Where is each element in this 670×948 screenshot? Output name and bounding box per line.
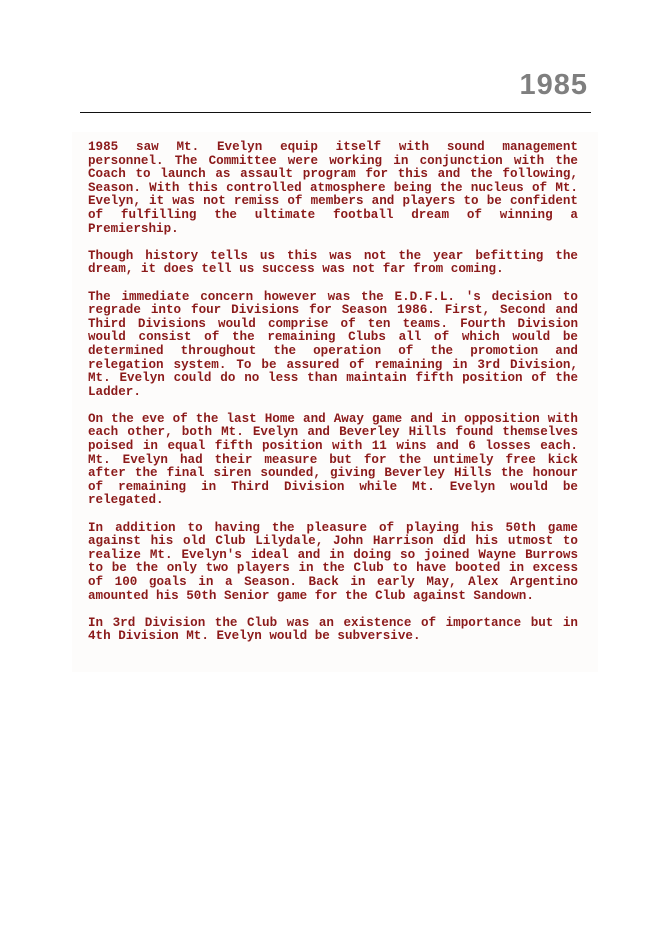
paragraph-history: Though history tells us this was not the… bbox=[88, 250, 578, 277]
paragraph-milestones: In addition to having the pleasure of pl… bbox=[88, 522, 578, 604]
heading-divider bbox=[80, 112, 591, 113]
paragraph-last-game: On the eve of the last Home and Away gam… bbox=[88, 413, 578, 508]
page-title: 1985 bbox=[519, 68, 588, 102]
paragraph-management: 1985 saw Mt. Evelyn equip itself with so… bbox=[88, 141, 578, 236]
article-body: 1985 saw Mt. Evelyn equip itself with so… bbox=[88, 141, 578, 658]
paragraph-conclusion: In 3rd Division the Club was an existenc… bbox=[88, 617, 578, 644]
paragraph-regrade: The immediate concern however was the E.… bbox=[88, 291, 578, 400]
